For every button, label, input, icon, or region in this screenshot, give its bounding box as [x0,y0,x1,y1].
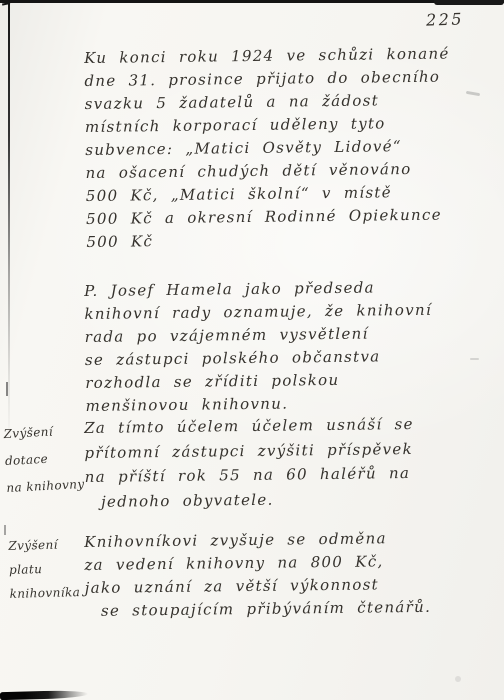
binding-edge-line [8,2,10,442]
handwritten-line: knihovníka [9,580,80,606]
smudge-mark [455,676,461,682]
handwritten-line: na knihovny [6,471,85,502]
handwritten-line: Zvýšení [8,532,79,558]
handwritten-line: jednoho obyvatele. [85,485,491,514]
handwritten-line: platu [9,556,80,582]
paragraph-librarian-reward: Knihovníkovi zvyšuje se odměna za vedení… [84,526,491,623]
handwritten-line: 500 Kč [86,226,492,254]
handwritten-line: Zvýšení [3,417,82,448]
paragraph-contribution-raise: Za tímto účelem účelem usnáší se přítomn… [84,411,491,514]
binding-edge-tick [4,525,6,535]
page-number: 225 [426,9,465,29]
handwritten-line: se stoupajícím přibýváním čtenářů. [85,595,491,623]
margin-note-librarian-pay: Zvýšení platu knihovníka [8,532,80,606]
bottom-left-ink-smudge [0,690,88,700]
paragraph-subventions: Ku konci roku 1924 ve schůzi konané dne … [84,42,492,254]
binding-edge-tick [6,382,8,396]
handwritten-line: dotace [4,444,83,475]
manuscript-page: 225 Ku konci roku 1924 ve schůzi konané … [0,0,504,700]
margin-note-library-grant: Zvýšení dotace na knihovny [3,417,85,502]
scan-top-edge-shadow [0,0,504,3]
paragraph-polish-library: P. Josef Hamela jako předseda knihovní r… [84,275,492,418]
